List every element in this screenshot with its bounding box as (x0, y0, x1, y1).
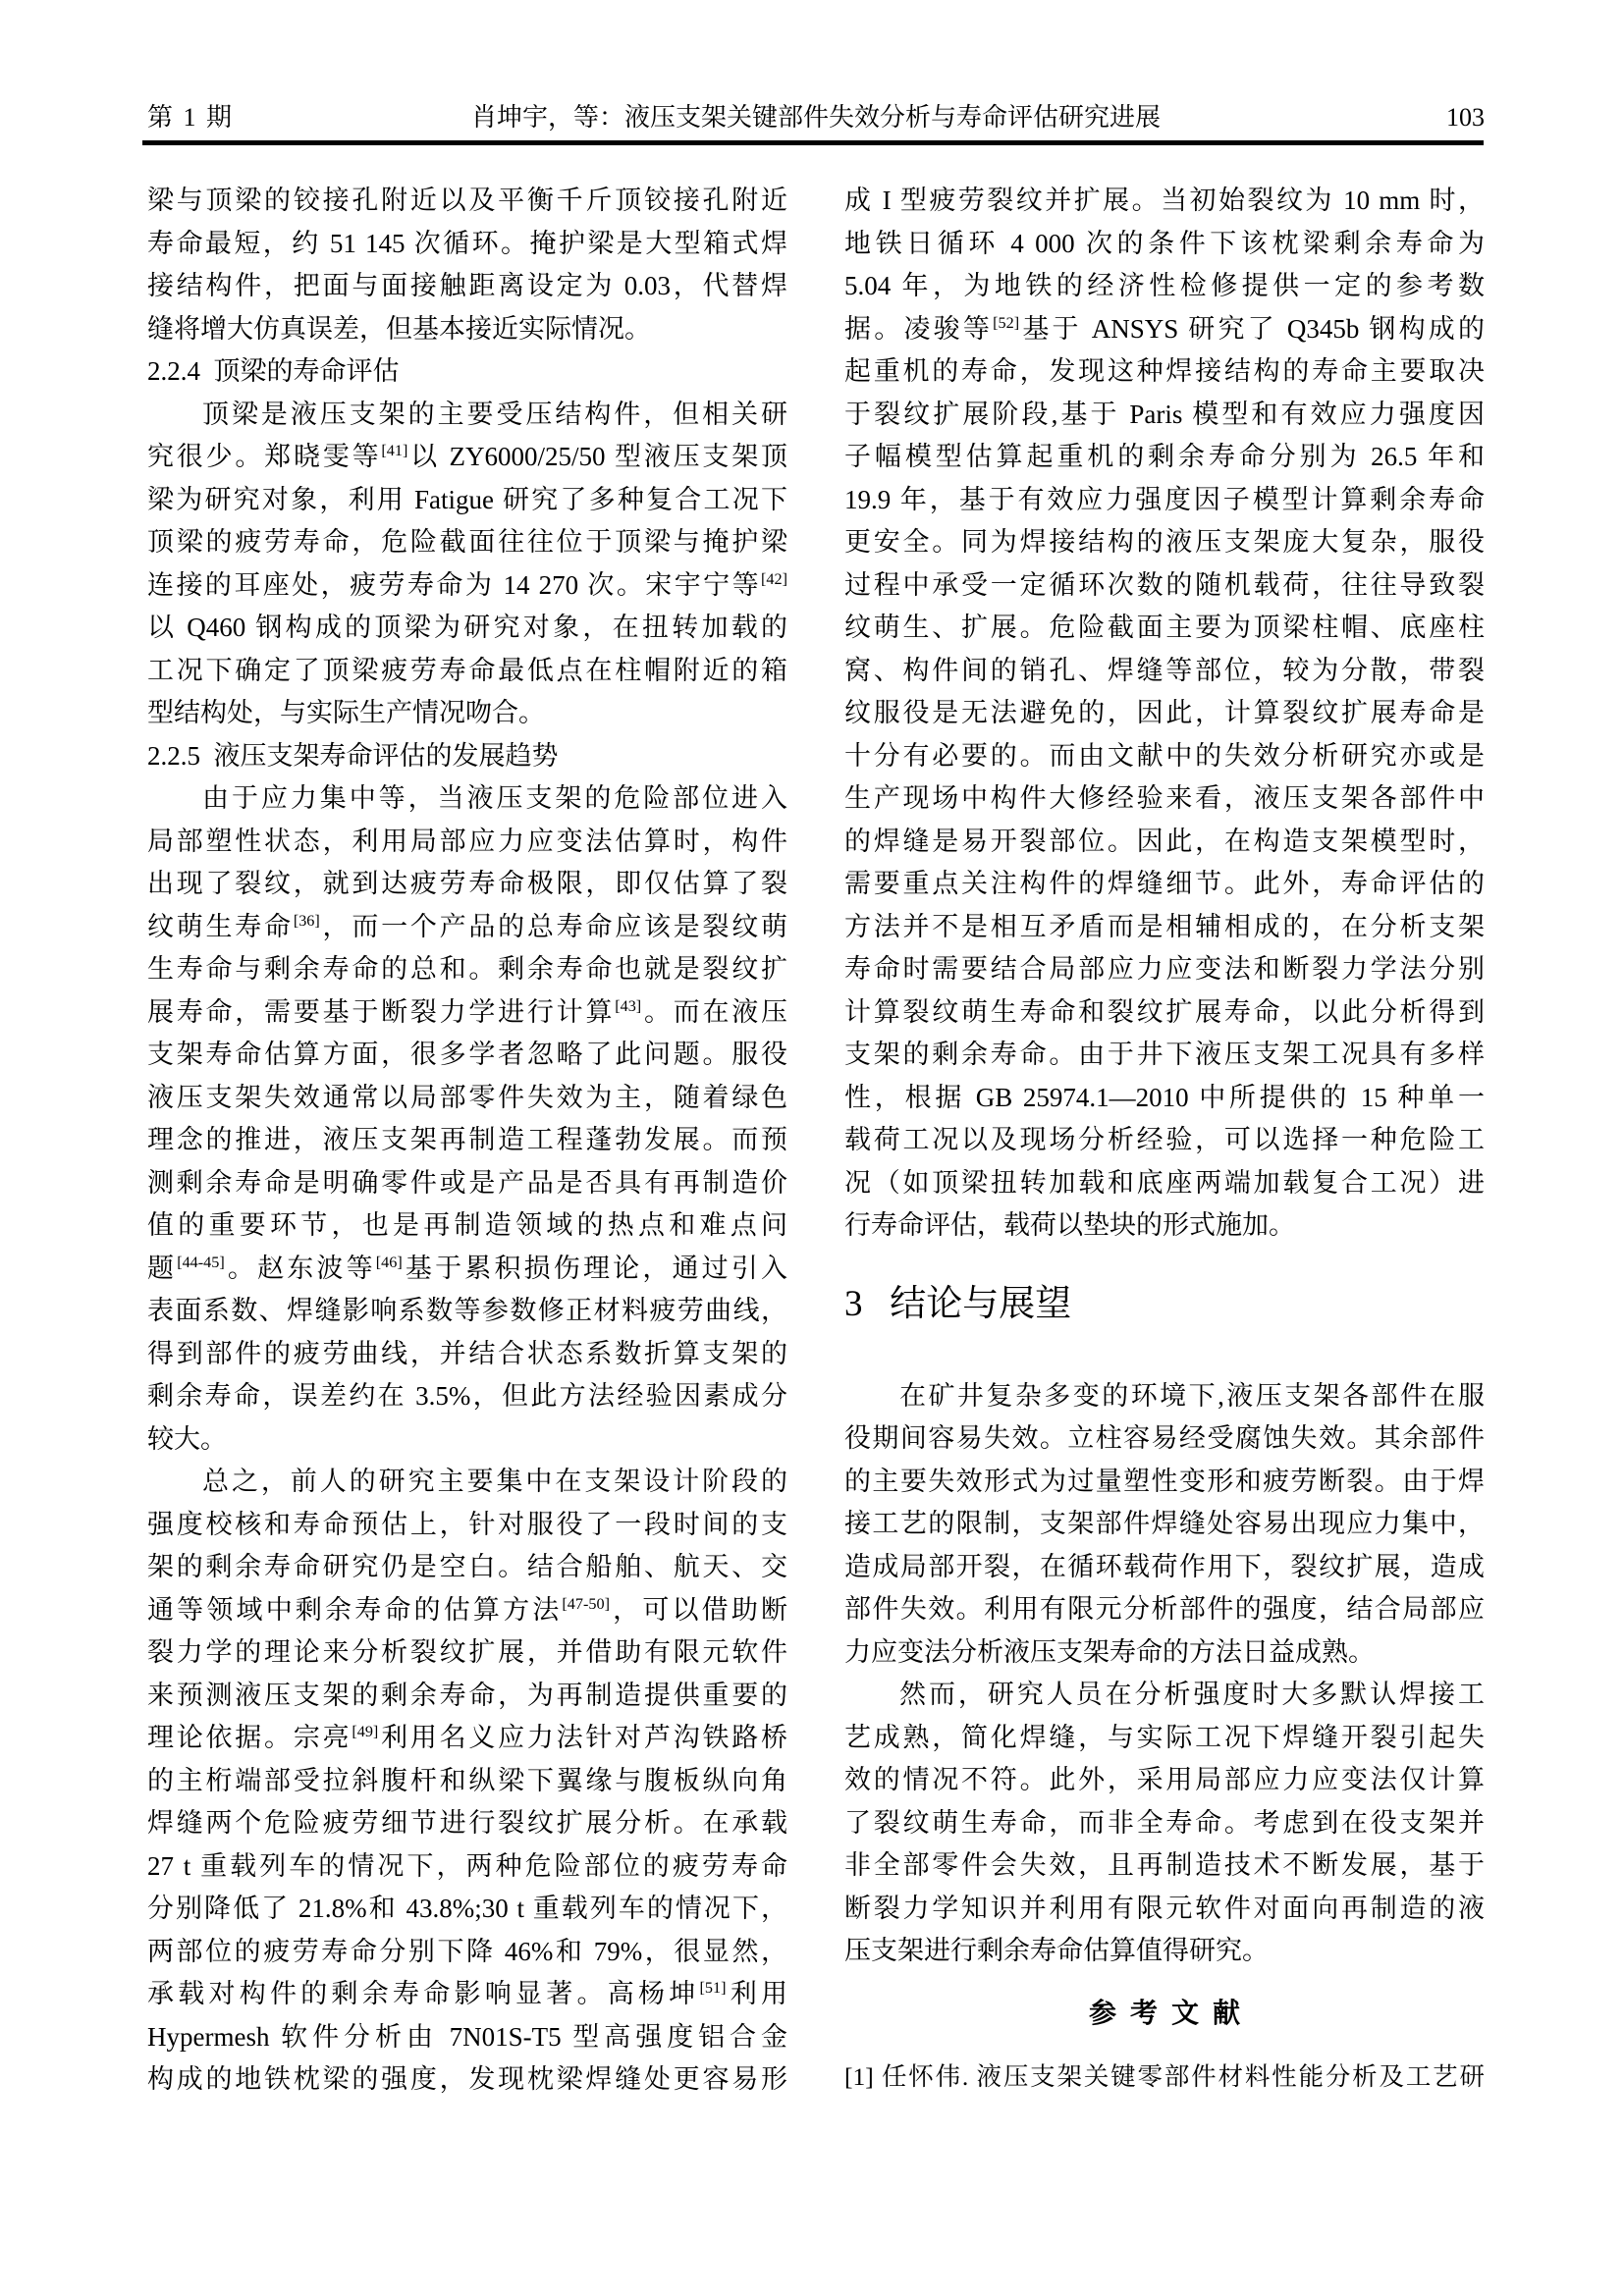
running-title: 肖坤宇，等：液压支架关键部件失效分析与寿命评估研究进展 (363, 101, 1269, 134)
text-line: 役期间容易失效。立柱容易经受腐蚀失效。其余部件 (844, 1417, 1485, 1461)
reference-item: [1] 任怀伟. 液压支架关键零部件材料性能分析及工艺研 (844, 2056, 1485, 2099)
text-line: 总之，前人的研究主要集中在支架设计阶段的 (147, 1461, 787, 1504)
text-line: 测剩余寿命是明确零件或是产品是否具有再制造价 (147, 1162, 787, 1205)
text-line: 剩余寿命，误差约在 3.5%，但此方法经验因素成分 (147, 1375, 787, 1418)
text-line: 纹服役是无法避免的，因此，计算裂纹扩展寿命是 (844, 692, 1485, 735)
text-line: 寿命时需要结合局部应力应变法和断裂力学法分别 (844, 948, 1485, 991)
text-line: 计算裂纹萌生寿命和裂纹扩展寿命，以此分析得到 (844, 991, 1485, 1035)
text-line: 强度校核和寿命预估上，针对服役了一段时间的支 (147, 1504, 787, 1547)
text-line: 纹萌生、扩展。危险截面主要为顶梁柱帽、底座柱 (844, 607, 1485, 650)
subsection-heading: 2.2.5 液压支架寿命评估的发展趋势 (147, 735, 787, 778)
text-line: 寿命最短，约 51 145 次循环。掩护梁是大型箱式焊 (147, 223, 787, 266)
text-line: 行寿命评估，载荷以垫块的形式施加。 (844, 1204, 1485, 1248)
right-column: 成 I 型疲劳裂纹并扩展。当初始裂纹为 10 mm 时，地铁日循环 4 000 … (844, 180, 1485, 2102)
text-line: 子幅模型估算起重机的剩余寿命分别为 26.5 年和 (844, 436, 1485, 479)
citation-superscript: [46] (376, 1254, 403, 1271)
citation-superscript: [43] (615, 997, 641, 1015)
text-line: 性，根据 GB 25974.1—2010 中所提供的 15 种单一 (844, 1077, 1485, 1120)
text-line: 在矿井复杂多变的环境下,液压支架各部件在服 (844, 1375, 1485, 1418)
text-line: 究很少。郑晓雯等[41]以 ZY6000/25/50 型液压支架顶 (147, 436, 787, 479)
page-number: 103 (1269, 101, 1485, 134)
text-line: 顶梁是液压支架的主要受压结构件，但相关研 (147, 394, 787, 437)
text-line: 成 I 型疲劳裂纹并扩展。当初始裂纹为 10 mm 时， (844, 180, 1485, 223)
text-line: 通等领域中剩余寿命的估算方法[47-50]，可以借助断 (147, 1589, 787, 1632)
text-line: 十分有必要的。而由文献中的失效分析研究亦或是 (844, 735, 1485, 778)
text-line: 较大。 (147, 1418, 787, 1462)
text-line: 断裂力学知识并利用有限元软件对面向再制造的液 (844, 1888, 1485, 1931)
text-line: 工况下确定了顶梁疲劳寿命最低点在柱帽附近的箱 (147, 650, 787, 693)
text-line: 了裂纹萌生寿命，而非全寿命。考虑到在役支架并 (844, 1802, 1485, 1845)
text-line: 压支架进行剩余寿命估算值得研究。 (844, 1930, 1485, 1973)
text-line: 的焊缝是易开裂部位。因此，在构造支架模型时， (844, 821, 1485, 864)
text-line: 缝将增大仿真误差，但基本接近实际情况。 (147, 308, 787, 351)
text-line: 连接的耳座处，疲劳寿命为 14 270 次。宋宇宁等[42] (147, 564, 787, 608)
citation-superscript: [52] (993, 314, 1019, 332)
text-columns: 梁与顶梁的铰接孔附近以及平衡千斤顶铰接孔附近寿命最短，约 51 145 次循环。… (147, 180, 1485, 2102)
text-line: 裂力学的理论来分析裂纹扩展，并借助有限元软件 (147, 1631, 787, 1675)
text-line: 理念的推进，液压支架再制造工程蓬勃发展。而预 (147, 1119, 787, 1162)
text-line: 造成局部开裂，在循环载荷作用下，裂纹扩展，造成 (844, 1546, 1485, 1589)
text-line: 以 Q460 钢构成的顶梁为研究对象，在扭转加载的 (147, 607, 787, 650)
citation-superscript: [41] (381, 442, 407, 459)
text-line: 艺成熟，简化焊缝，与实际工况下焊缝开裂引起失 (844, 1717, 1485, 1760)
text-line: 况（如顶梁扭转加载和底座两端加载复合工况）进 (844, 1162, 1485, 1205)
text-line: 展寿命，需要基于断裂力学进行计算[43]。而在液压 (147, 991, 787, 1035)
text-line: 生产现场中构件大修经验来看，液压支架各部件中 (844, 777, 1485, 821)
text-line: 更安全。同为焊接结构的液压支架庞大复杂，服役 (844, 521, 1485, 564)
text-line: 据。凌骏等[52]基于 ANSYS 研究了 Q345b 钢构成的 (844, 308, 1485, 351)
text-line: 支架寿命估算方面，很多学者忽略了此问题。服役 (147, 1034, 787, 1077)
text-line: 焊缝两个危险疲劳细节进行裂纹扩展分析。在承载 (147, 1802, 787, 1845)
text-line: 表面系数、焊缝影响系数等参数修正材料疲劳曲线， (147, 1290, 787, 1333)
text-line: 地铁日循环 4 000 次的条件下该枕梁剩余寿命为 (844, 223, 1485, 266)
text-line: 5.04 年，为地铁的经济性检修提供一定的参考数 (844, 265, 1485, 308)
text-line: 方法并不是相互矛盾而是相辅相成的，在分析支架 (844, 906, 1485, 949)
text-line: 接工艺的限制，支架部件焊缝处容易出现应力集中， (844, 1503, 1485, 1546)
text-line: 题[44-45]。赵东波等[46]基于累积损伤理论，通过引入 (147, 1248, 787, 1291)
text-line: 得到部件的疲劳曲线，并结合状态系数折算支架的 (147, 1333, 787, 1376)
text-line: 来预测液压支架的剩余寿命，为再制造提供重要的 (147, 1675, 787, 1718)
text-line: 由于应力集中等，当液压支架的危险部位进入 (147, 777, 787, 821)
text-line: 19.9 年，基于有效应力强度因子模型计算剩余寿命 (844, 479, 1485, 522)
header-rule (142, 140, 1484, 145)
text-line: 过程中承受一定循环次数的随机载荷，往往导致裂 (844, 564, 1485, 608)
text-line: 需要重点关注构件的焊缝细节。此外，寿命评估的 (844, 863, 1485, 906)
text-line: Hypermesh 软件分析由 7N01S-T5 型高强度铝合金 (147, 2016, 787, 2059)
text-line: 两部位的疲劳寿命分别下降 46%和 79%，很显然， (147, 1931, 787, 1974)
text-line: 的主桁端部受拉斜腹杆和纵梁下翼缘与腹板纵向角 (147, 1760, 787, 1803)
text-line: 接结构件，把面与面接触距离设定为 0.03，代替焊 (147, 265, 787, 308)
text-line: 液压支架失效通常以局部零件失效为主，随着绿色 (147, 1077, 787, 1120)
text-line: 27 t 重载列车的情况下，两种危险部位的疲劳寿命 (147, 1845, 787, 1889)
text-line: 力应变法分析液压支架寿命的方法日益成熟。 (844, 1631, 1485, 1675)
text-line: 梁为研究对象，利用 Fatigue 研究了多种复合工况下 (147, 479, 787, 522)
text-line: 支架的剩余寿命。由于井下液压支架工况具有多样 (844, 1034, 1485, 1077)
text-line: 非全部零件会失效，且再制造技术不断发展，基于 (844, 1844, 1485, 1888)
text-line: 的主要失效形式为过量塑性变形和疲劳断裂。由于焊 (844, 1461, 1485, 1504)
text-line: 分别降低了 21.8%和 43.8%;30 t 重载列车的情况下， (147, 1888, 787, 1931)
page: 第 1 期 肖坤宇，等：液压支架关键部件失效分析与寿命评估研究进展 103 梁与… (0, 0, 1624, 2296)
issue-label: 第 1 期 (147, 101, 363, 134)
citation-superscript: [44-45] (177, 1254, 225, 1271)
text-line: 效的情况不符。此外，采用局部应力应变法仅计算 (844, 1759, 1485, 1802)
page-header: 第 1 期 肖坤宇，等：液压支架关键部件失效分析与寿命评估研究进展 103 (147, 101, 1485, 134)
text-line: 纹萌生寿命[36]，而一个产品的总寿命应该是裂纹萌 (147, 906, 787, 949)
text-line: 梁与顶梁的铰接孔附近以及平衡千斤顶铰接孔附近 (147, 180, 787, 223)
citation-superscript: [47-50] (562, 1595, 610, 1613)
left-column: 梁与顶梁的铰接孔附近以及平衡千斤顶铰接孔附近寿命最短，约 51 145 次循环。… (147, 180, 787, 2102)
text-line: 窝、构件间的销孔、焊缝等部位，较为分散，带裂 (844, 650, 1485, 693)
text-line: 局部塑性状态，利用局部应力应变法估算时，构件 (147, 821, 787, 864)
section-heading: 3 结论与展望 (844, 1273, 1485, 1336)
citation-superscript: [36] (294, 912, 320, 930)
text-line: 值的重要环节，也是再制造领域的热点和难点问 (147, 1204, 787, 1248)
citation-superscript: [42] (761, 570, 787, 588)
references-heading: 参 考 文 献 (844, 1993, 1485, 2036)
text-line: 型结构处，与实际生产情况吻合。 (147, 692, 787, 735)
text-line: 顶梁的疲劳寿命，危险截面往往位于顶梁与掩护梁 (147, 521, 787, 564)
text-line: 架的剩余寿命研究仍是空白。结合船舶、航天、交 (147, 1546, 787, 1589)
citation-superscript: [51] (700, 1979, 727, 1997)
text-line: 构成的地铁枕梁的强度，发现枕梁焊缝处更容易形 (147, 2058, 787, 2102)
subsection-heading: 2.2.4 顶梁的寿命评估 (147, 350, 787, 394)
text-line: 出现了裂纹，就到达疲劳寿命极限，即仅估算了裂 (147, 863, 787, 906)
text-line: 于裂纹扩展阶段,基于 Paris 模型和有效应力强度因 (844, 394, 1485, 437)
text-line: 部件失效。利用有限元分析部件的强度，结合局部应 (844, 1588, 1485, 1631)
text-line: 起重机的寿命，发现这种焊接结构的寿命主要取决 (844, 350, 1485, 394)
text-line: 载荷工况以及现场分析经验，可以选择一种危险工 (844, 1119, 1485, 1162)
text-line: 承载对构件的剩余寿命影响显著。高杨坤[51]利用 (147, 1973, 787, 2016)
text-line: 生寿命与剩余寿命的总和。剩余寿命也就是裂纹扩 (147, 948, 787, 991)
text-line: 然而，研究人员在分析强度时大多默认焊接工 (844, 1674, 1485, 1717)
citation-superscript: [49] (352, 1723, 378, 1740)
text-line: 理论依据。宗亮[49]利用名义应力法针对芦沟铁路桥 (147, 1717, 787, 1760)
